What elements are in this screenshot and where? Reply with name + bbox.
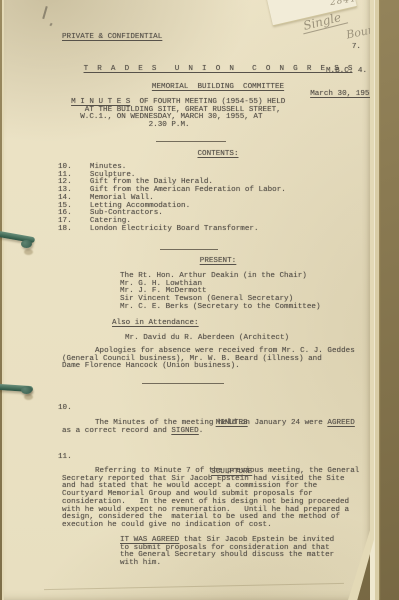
- minutes-page: PRIVATE & CONFIDENTIAL 7. M.B.C. 4. Marc…: [4, 0, 370, 600]
- binding-string-knot: [21, 240, 32, 248]
- typed-divider: [156, 141, 226, 142]
- meeting-description: M I N U T E S OF FOURTH MEETING (1954-55…: [62, 99, 374, 130]
- pencil-tick-mark: [42, 6, 47, 19]
- apologies-paragraph: Apologies for absence were received from…: [62, 348, 376, 371]
- document-date: March 30, 1955: [310, 91, 374, 99]
- punch-hole: [24, 249, 33, 255]
- page-number: 7.: [310, 44, 361, 52]
- committee-title: MEMORIAL BUILDING COMMITTEE: [62, 84, 374, 92]
- organisation-title: T R A D E S U N I O N C O N G R E S S: [62, 66, 374, 74]
- attendee-list: The Rt. Hon. Arthur Deakin (in the Chair…: [120, 273, 380, 312]
- minute-11-number: 11.: [58, 454, 72, 462]
- minute-10-number: 10.: [58, 405, 72, 413]
- typed-divider: [142, 383, 224, 384]
- pencil-tick-mark: [49, 23, 52, 27]
- minute-11-resolution: IT WAS AGREED that Sir Jacob Epstein be …: [120, 537, 376, 568]
- attendance-heading: Also in Attendance:: [112, 320, 199, 328]
- minute-10-paragraph: The Minutes of the meeting held on Janua…: [62, 420, 376, 435]
- contents-heading: CONTENTS:: [62, 151, 399, 159]
- punch-hole: [24, 394, 33, 400]
- scanned-minutes-photo: PRIVATE & CONFIDENTIAL 7. M.B.C. 4. Marc…: [0, 0, 399, 600]
- binding-string-knot: [21, 386, 32, 394]
- paper-crease: [44, 583, 344, 590]
- typed-divider: [160, 249, 218, 250]
- architect-name: Mr. David du R. Aberdeen (Architect): [125, 335, 289, 343]
- contents-list: 10. Minutes.11. Sculpture.12. Gift from …: [58, 164, 378, 233]
- classification-label: PRIVATE & CONFIDENTIAL: [62, 34, 162, 42]
- page-stack-edge: [375, 0, 379, 600]
- header-row: PRIVATE & CONFIDENTIAL 7. M.B.C. 4. Marc…: [62, 29, 374, 59]
- present-heading: PRESENT:: [62, 258, 399, 266]
- minute-11-paragraph: Referring to Minute 7 of the previous me…: [62, 468, 376, 530]
